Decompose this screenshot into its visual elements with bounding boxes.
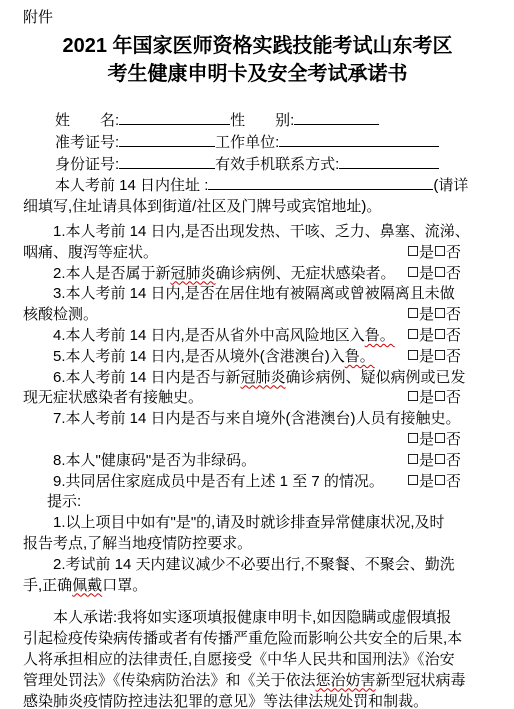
form-row-name-gender: 姓 名:性 别:: [23, 110, 492, 132]
question-text: 6.本人考前 14 日内是否与新冠肺炎确诊病例、疑似病例或已发: [23, 368, 492, 389]
question-text: 1.本人考前 14 日内,是否出现发热、干咳、乏力、鼻塞、流涕、: [23, 222, 492, 243]
yes-no-checkboxes: 是否: [408, 472, 462, 493]
address-note-line2: 细填写,住址请具体到街道/社区及门牌号或宾馆地址)。: [23, 197, 492, 218]
question-text: 3.本人考前 14 日内,是否在居住地有被隔离或曾被隔离且未做: [23, 284, 492, 305]
name-input-line[interactable]: [119, 110, 230, 125]
tips-section: 提示: 1.以上项目中如有"是"的,请及时就诊排查异常健康状况,及时 报告考点,…: [23, 492, 492, 596]
checkbox-yes-label: 是: [419, 348, 434, 365]
yes-no-checkboxes: 是否: [408, 326, 462, 347]
tip-2-line-1: 2.考试前 14 天内建议减少不必要出行,不聚餐、不聚会、勤洗: [23, 555, 492, 576]
question-answer-row: 核酸检测。 是否: [23, 305, 492, 326]
checkbox-no-label: 否: [446, 306, 461, 323]
pledge-line-3: 人将承担相应的法律责任,自愿接受《中华人民共和国刑法》《治安: [23, 650, 492, 671]
question-text: 7.本人考前 14 日内是否与来自境外(含港澳台)人员有接触史。: [23, 409, 492, 430]
question-text: 现无症状感染者有接触史。: [23, 388, 203, 409]
yes-no-checkboxes: 是否: [408, 264, 462, 285]
yes-no-checkboxes: 是否: [408, 305, 462, 326]
title-line-1: 2021 年国家医师资格实践技能考试山东考区: [23, 32, 492, 60]
address-label: 本人考前 14 日内住址 :: [55, 176, 208, 197]
form-row-address: 本人考前 14 日内住址 :(请详: [23, 175, 492, 197]
checkbox-no[interactable]: [435, 267, 445, 277]
address-input-line[interactable]: [208, 175, 433, 190]
gender-label: 性 别:: [230, 111, 294, 132]
phone-label: 有效手机联系方式:: [215, 155, 339, 176]
checkbox-yes[interactable]: [408, 329, 418, 339]
checkbox-yes-label: 是: [419, 265, 434, 282]
checkbox-yes-label: 是: [419, 473, 434, 490]
checkbox-no-label: 否: [446, 327, 461, 344]
checkbox-no-label: 否: [446, 431, 461, 448]
question-2: 2.本人是否属于新冠肺炎确诊病例、无症状感染者。 是否: [23, 264, 492, 285]
question-answer-row: 现无症状感染者有接触史。 是否: [23, 388, 492, 409]
question-text: 核酸检测。: [23, 305, 98, 326]
checkbox-no[interactable]: [435, 246, 445, 256]
question-8: 8.本人"健康码"是否为非绿码。 是否: [23, 451, 492, 472]
checkbox-yes-label: 是: [419, 389, 434, 406]
address-note-suffix: (请详: [433, 176, 468, 197]
question-1: 1.本人考前 14 日内,是否出现发热、干咳、乏力、鼻塞、流涕、 咽痛、腹泻等症…: [23, 222, 492, 264]
checkbox-no-label: 否: [446, 389, 461, 406]
yes-no-checkboxes: 是否: [408, 451, 462, 472]
yes-no-checkboxes: 是否: [408, 388, 462, 409]
checkbox-no[interactable]: [435, 350, 445, 360]
checkbox-no[interactable]: [435, 391, 445, 401]
phone-input-line[interactable]: [339, 154, 439, 169]
checkbox-yes[interactable]: [408, 433, 418, 443]
question-answer-row: 咽痛、腹泻等症状。 是否: [23, 243, 492, 264]
tips-heading: 提示:: [23, 492, 492, 513]
pledge-line-5: 感染肺炎疫情防控违法犯罪的意见》等法律法规处罚和制裁。: [23, 692, 492, 709]
question-3: 3.本人考前 14 日内,是否在居住地有被隔离或曾被隔离且未做 核酸检测。 是否: [23, 284, 492, 326]
checkbox-yes[interactable]: [408, 391, 418, 401]
checkbox-no[interactable]: [435, 475, 445, 485]
question-9: 9.共同居住家庭成员中是否有上述 1 至 7 的情况。 是否: [23, 472, 492, 493]
pledge-line-4: 管理处罚法》《传染病防治法》和《关于依法惩治妨害新型冠状病毒: [23, 671, 492, 692]
id-number-input-line[interactable]: [119, 154, 215, 169]
id-number-label: 身份证号:: [55, 155, 119, 176]
checkbox-yes-label: 是: [419, 327, 434, 344]
checkbox-yes[interactable]: [408, 267, 418, 277]
checkbox-yes-label: 是: [419, 452, 434, 469]
checkbox-no[interactable]: [435, 454, 445, 464]
applicant-info-form: 姓 名:性 别: 准考证号:工作单位: 身份证号:有效手机联系方式: 本人考前 …: [23, 110, 492, 218]
form-row-id-phone: 身份证号:有效手机联系方式:: [23, 154, 492, 176]
checkbox-yes[interactable]: [408, 350, 418, 360]
tip-1-line-1: 1.以上项目中如有"是"的,请及时就诊排查异常健康状况,及时: [23, 513, 492, 534]
attachment-label: 附件: [23, 8, 492, 28]
checkbox-no-label: 否: [446, 452, 461, 469]
question-answer-row: 是否: [23, 430, 492, 451]
yes-no-checkboxes: 是否: [408, 347, 462, 368]
question-5: 5.本人考前 14 日内,是否从境外(含港澳台)入鲁。 是否: [23, 347, 492, 368]
checkbox-no-label: 否: [446, 244, 461, 261]
checkbox-no[interactable]: [435, 329, 445, 339]
checkbox-no-label: 否: [446, 348, 461, 365]
question-text: 咽痛、腹泻等症状。: [23, 243, 158, 264]
checkbox-no[interactable]: [435, 433, 445, 443]
name-label: 姓 名:: [55, 111, 119, 132]
pledge-line-2: 引起检疫传染病传播或者有传播严重危险而影响公共安全的后果,本: [23, 629, 492, 650]
pledge-line-1: 本人承诺:我将如实逐项填报健康申明卡,如因隐瞒或虚假填报: [23, 608, 492, 629]
question-6: 6.本人考前 14 日内是否与新冠肺炎确诊病例、疑似病例或已发 现无症状感染者有…: [23, 368, 492, 410]
checkbox-yes[interactable]: [408, 308, 418, 318]
exam-ticket-input-line[interactable]: [119, 132, 215, 147]
title-line-2: 考生健康申明卡及安全考试承诺书: [23, 60, 492, 88]
question-text: 5.本人考前 14 日内,是否从境外(含港澳台)入鲁。: [23, 347, 375, 368]
yes-no-checkboxes: 是否: [408, 430, 462, 451]
tip-1-line-2: 报告考点,了解当地疫情防控要求。: [23, 534, 492, 555]
checkbox-yes[interactable]: [408, 454, 418, 464]
work-unit-input-line[interactable]: [279, 132, 439, 147]
question-text: 9.共同居住家庭成员中是否有上述 1 至 7 的情况。: [23, 472, 384, 493]
exam-ticket-label: 准考证号:: [55, 133, 119, 154]
doc-title: 2021 年国家医师资格实践技能考试山东考区 考生健康申明卡及安全考试承诺书: [23, 32, 492, 88]
checkbox-yes[interactable]: [408, 475, 418, 485]
health-questions: 1.本人考前 14 日内,是否出现发热、干咳、乏力、鼻塞、流涕、 咽痛、腹泻等症…: [23, 222, 492, 492]
pledge-paragraph: 本人承诺:我将如实逐项填报健康申明卡,如因隐瞒或虚假填报 引起检疫传染病传播或者…: [23, 608, 492, 709]
question-text: 4.本人考前 14 日内,是否从省外中高风险地区入鲁。: [23, 326, 395, 347]
work-unit-label: 工作单位:: [215, 133, 279, 154]
form-row-ticket-workunit: 准考证号:工作单位:: [23, 132, 492, 154]
question-4: 4.本人考前 14 日内,是否从省外中高风险地区入鲁。 是否: [23, 326, 492, 347]
question-text: 2.本人是否属于新冠肺炎确诊病例、无症状感染者。: [23, 264, 396, 285]
checkbox-yes-label: 是: [419, 431, 434, 448]
checkbox-no-label: 否: [446, 265, 461, 282]
checkbox-yes[interactable]: [408, 246, 418, 256]
question-7: 7.本人考前 14 日内是否与来自境外(含港澳台)人员有接触史。 是否: [23, 409, 492, 451]
checkbox-yes-label: 是: [419, 306, 434, 323]
tip-2-line-2: 手,正确佩戴口罩。: [23, 576, 492, 597]
question-text: 8.本人"健康码"是否为非绿码。: [23, 451, 256, 472]
checkbox-no[interactable]: [435, 308, 445, 318]
document-page: 附件 2021 年国家医师资格实践技能考试山东考区 考生健康申明卡及安全考试承诺…: [0, 0, 514, 709]
checkbox-no-label: 否: [446, 473, 461, 490]
yes-no-checkboxes: 是否: [408, 243, 462, 264]
gender-input-line[interactable]: [294, 110, 379, 125]
checkbox-yes-label: 是: [419, 244, 434, 261]
